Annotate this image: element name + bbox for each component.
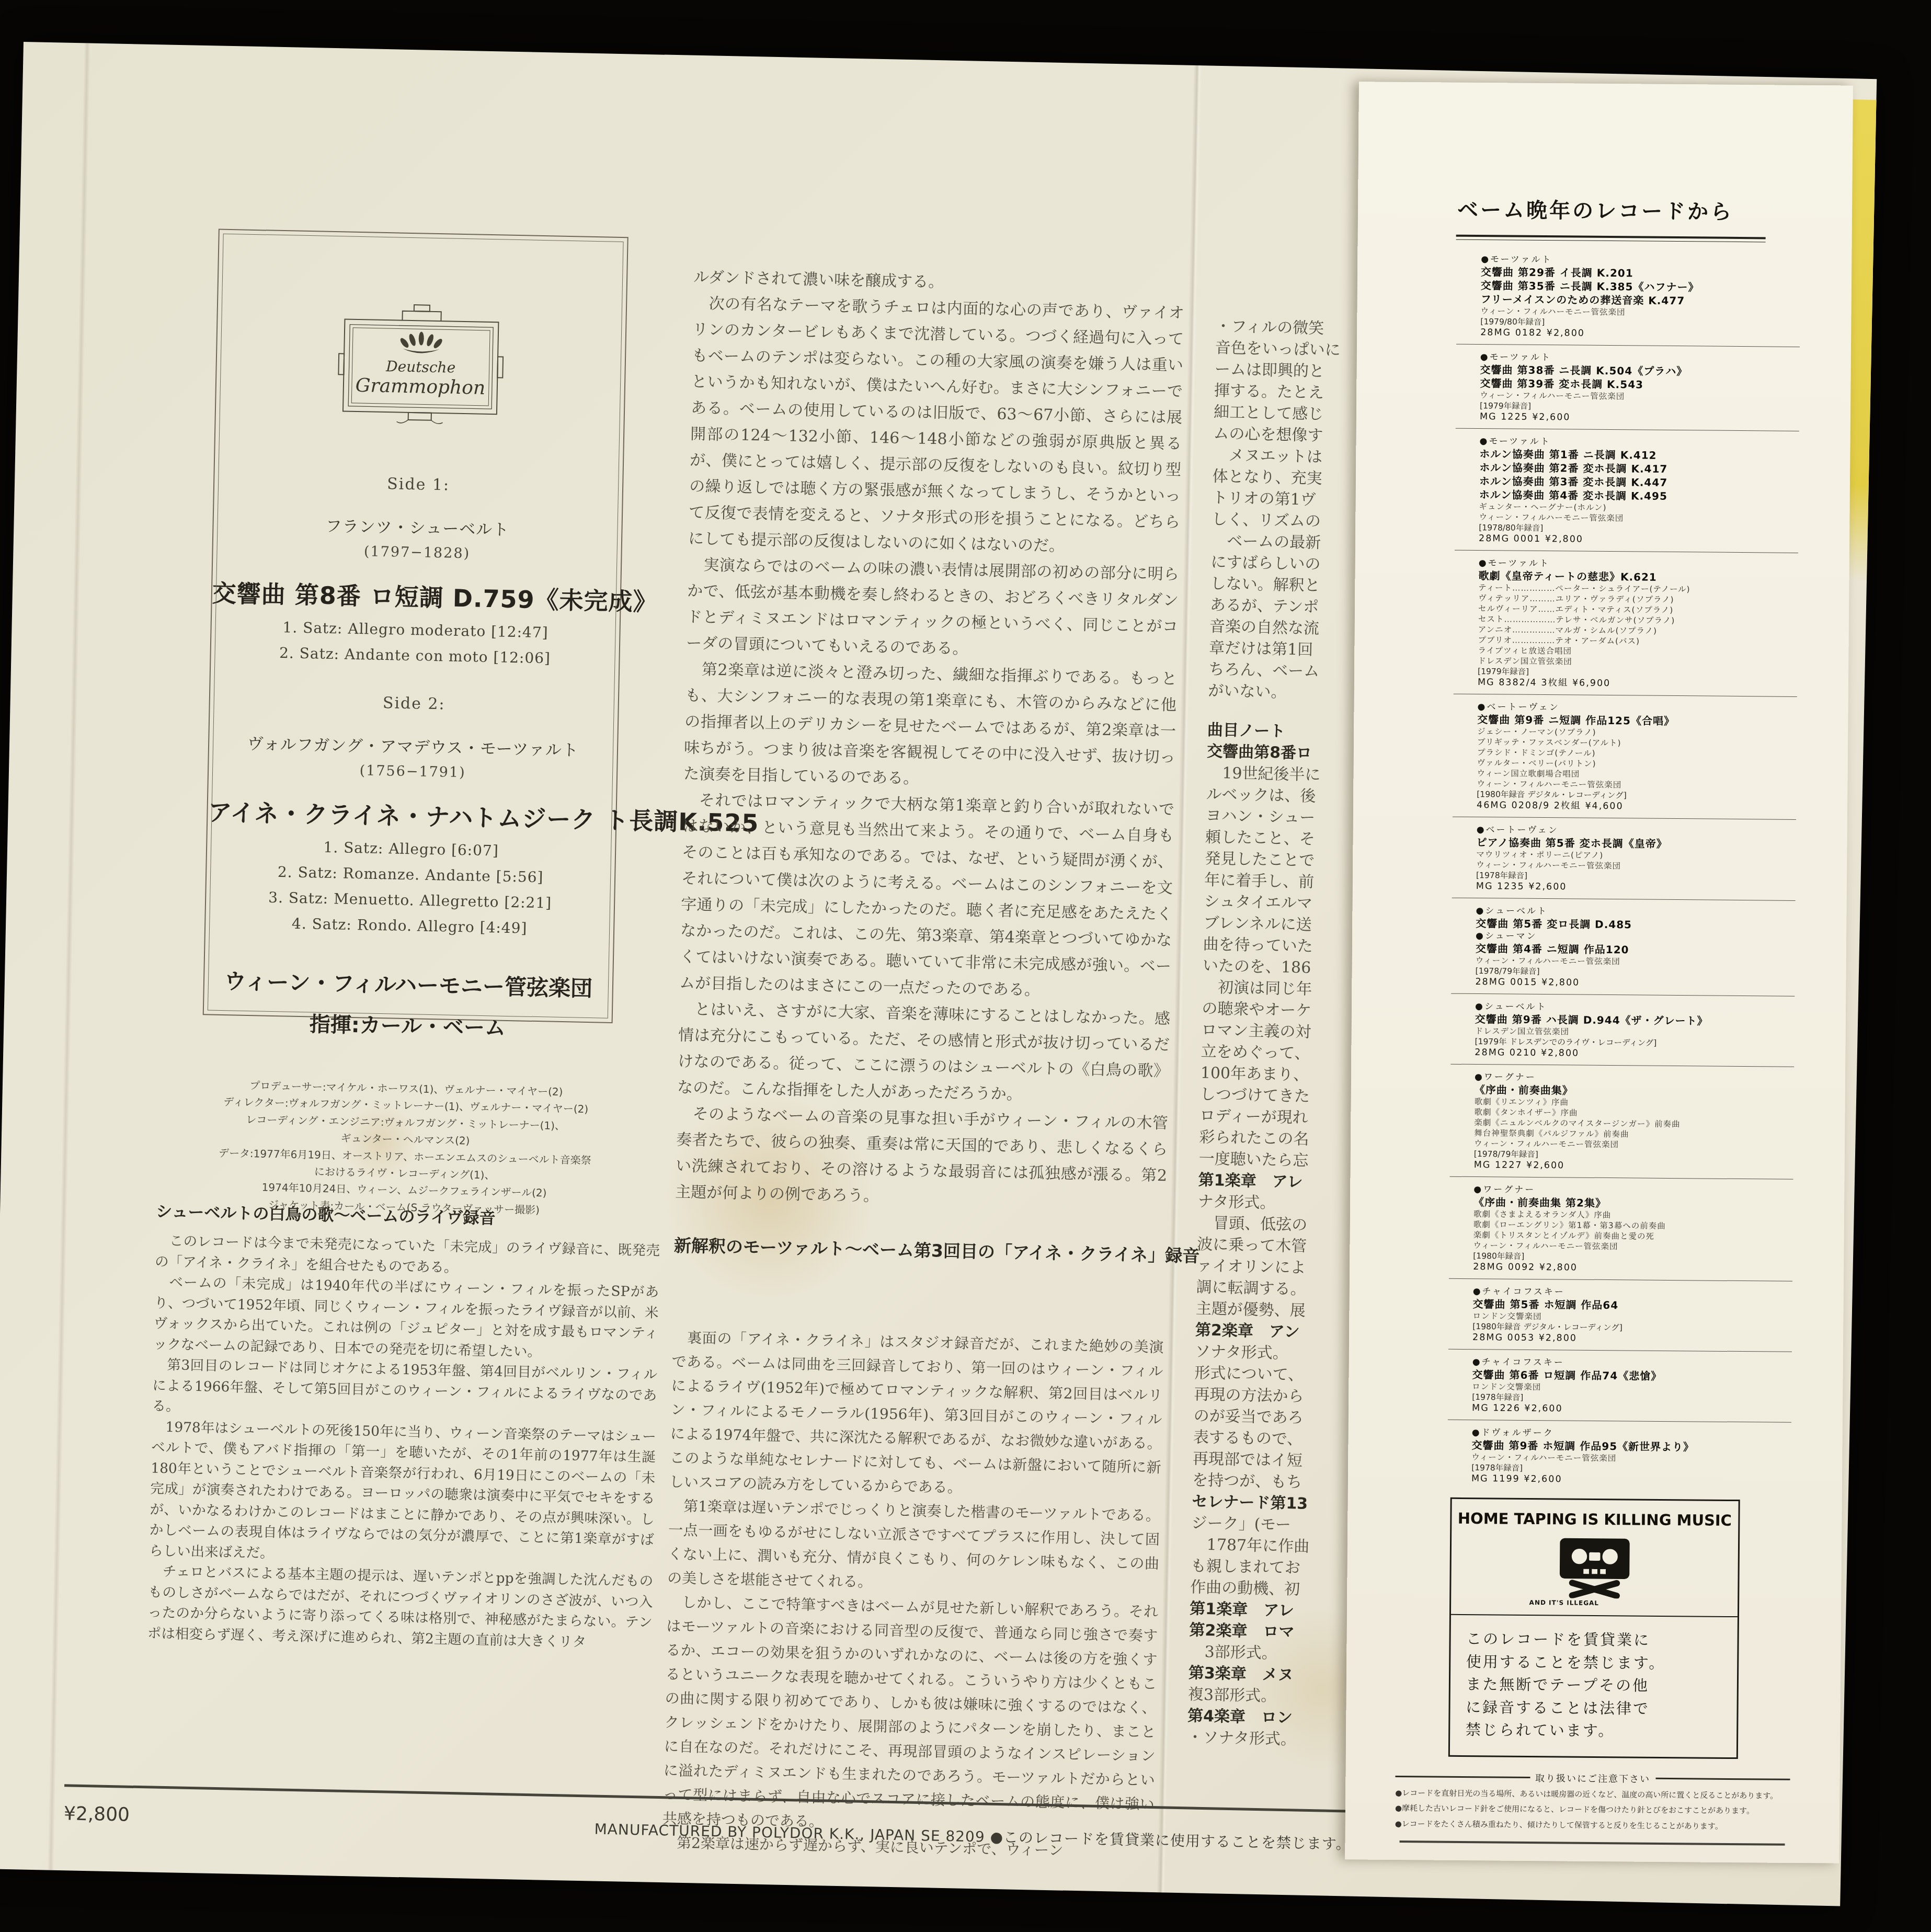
text-line: 調に転調する。 <box>1196 1276 1322 1300</box>
obi-line <box>1453 817 1796 820</box>
text-line: ソナタ形式。 <box>1195 1341 1321 1365</box>
side2-label: Side 2: <box>210 690 618 717</box>
obi-discography-list: ●モーツァルト交響曲 第29番 イ長調 K.201交響曲 第35番 ニ長調 K.… <box>1471 254 1790 1488</box>
text-line: のが妥当であろ <box>1193 1405 1319 1429</box>
text-line: 章だけは第1回 <box>1209 637 1335 661</box>
obi-line: 28MG 0210 ¥2,800 <box>1475 1047 1784 1061</box>
movement-line: 2. Satz: Romanze. Andante [5:56] <box>207 862 615 887</box>
paragraph: 第2楽章は逆に淡々と澄み切った、繊細な指揮ぶりである。もっとも、大シンフォニー的… <box>683 657 1178 797</box>
text-line: しない。解釈と <box>1210 573 1336 597</box>
text-line: を持つが、もち <box>1192 1469 1318 1493</box>
text-line: あるが、テンポ <box>1209 595 1335 619</box>
text-line: 交響曲第8番ロ <box>1207 741 1333 765</box>
text-line: 曲を待っていた <box>1203 934 1329 958</box>
obi-line <box>1450 1064 1794 1068</box>
text-line: メヌエットは <box>1213 444 1339 468</box>
text-line: いたのを、186 <box>1203 955 1329 979</box>
text-line: ロマン主義の対 <box>1201 1020 1327 1044</box>
text-line: 一度聴いたら忘 <box>1198 1148 1324 1172</box>
text-line: 複3部形式。 <box>1188 1684 1314 1708</box>
liner-notes-column-left: このレコードは今まで未発売になっていた「未完成」のライヴ録音に、既発売の「アイネ… <box>147 1231 660 1654</box>
text-line: 揮する。たとえ <box>1214 380 1340 404</box>
text-line: 再現部ではイ短 <box>1193 1448 1319 1472</box>
side2-years: (1756−1791) <box>209 759 616 784</box>
text-line: 音楽の自然な流 <box>1209 616 1335 640</box>
obi-line: 28MG 0001 ¥2,800 <box>1479 533 1788 547</box>
obi-header-rule-thin <box>1456 239 1766 243</box>
text-line: ヨハン・シュー <box>1205 805 1331 829</box>
text-line: ブレンネルに送 <box>1203 912 1329 936</box>
paragraph: チェロとバスによる基本主題の提示は、遅いテンポとppを強調した沈んだものものしさ… <box>147 1561 654 1653</box>
side1-work-title: 交響曲 第8番 ロ短調 D.759《未完成》 <box>212 574 620 617</box>
text-line: ・フィルの微笑 <box>1215 316 1341 340</box>
text-line: ・ソナタ形式。 <box>1187 1727 1313 1751</box>
text-line: 再現の方法から <box>1194 1384 1320 1408</box>
text-line: ナタ形式。 <box>1198 1191 1324 1215</box>
care-bullets: ●レコードを直射日光の当る場所、あるいは暖房器の近くなど、温度の高い所に置くと反… <box>1395 1787 1790 1833</box>
side1-label: Side 1: <box>214 472 623 498</box>
text-line: 細工として感じ <box>1214 402 1340 426</box>
side2-movements: 1. Satz: Allegro [6:07]2. Satz: Romanze.… <box>205 836 615 939</box>
obi-header: ベーム晩年のレコードから <box>1457 193 1852 226</box>
paragraph: ベームの「未完成」は1940年代の半ばにウィーン・フィルを振ったSPがあり、つづ… <box>153 1272 659 1365</box>
paragraph: 裏面の「アイネ・クライネ」はスタジオ録音だが、これまた絶妙の美演である。ベームは… <box>669 1325 1164 1504</box>
box-divider <box>1450 1614 1737 1617</box>
obi-line: 28MG 0182 ¥2,800 <box>1480 327 1789 341</box>
dg-tulip-crown-icon <box>398 331 444 354</box>
orchestra-name: ウィーン・フィルハーモニー管弦楽団 <box>204 964 612 1003</box>
text-line: 頼したこと、そ <box>1205 827 1331 851</box>
text-line: ベームの最新 <box>1211 530 1337 554</box>
text-line: の聴衆やオーケ <box>1202 998 1328 1022</box>
obi-line <box>1451 993 1795 997</box>
liner-notes-column-middle-top: ルダンドされて濃い味を醸成する。 次の有名なテーマを歌うチェロは内面的な心の声で… <box>675 265 1185 1227</box>
text-line: しつづけてきた <box>1200 1084 1326 1108</box>
care-title: 取り扱いにご注意下さい <box>1395 1769 1790 1786</box>
warning-line: 使用することを禁じます。 <box>1466 1650 1723 1675</box>
obi-line: MG 8382/4 3枚組 ¥6,900 <box>1478 677 1787 691</box>
text-line: ロディーが現れ <box>1199 1105 1326 1129</box>
text-line: 波に乗って木管 <box>1197 1234 1323 1258</box>
obi-line: MG 1225 ¥2,600 <box>1480 411 1789 426</box>
warning-line: また無断でテープその他 <box>1466 1673 1723 1698</box>
paragraph: そのようなベームの音楽の見事な担い手がウィーン・フィルの木管奏者たちで、彼らの独… <box>675 1101 1169 1215</box>
obi-line <box>1456 344 1800 348</box>
liner-notes-heading-2: 新解釈のモーツァルト〜ベーム第3回目の「アイネ・クライネ」録音 <box>673 1230 1205 1271</box>
obi-line <box>1454 694 1797 698</box>
text-line: 曲目ノート <box>1207 719 1333 744</box>
text-line: ームは即興的と <box>1214 359 1340 383</box>
side1-years: (1797−1828) <box>213 540 621 565</box>
obi-strip: ベーム晩年のレコードから ●モーツァルト交響曲 第29番 イ長調 K.201交響… <box>1345 82 1853 1863</box>
text-line: 年に着手し、前 <box>1204 870 1330 894</box>
text-line: 初演は同じ年 <box>1202 977 1328 1001</box>
care-bullet: ●摩耗した古いレコード針をご使用になると、レコードを傷つけたり針とびをおこすこと… <box>1395 1803 1790 1817</box>
text-line: にすばらしいの <box>1210 552 1336 576</box>
text-line: 主題が優勢、展 <box>1195 1298 1321 1322</box>
text-line: 体となり、充実 <box>1212 466 1338 490</box>
care-instructions: 取り扱いにご注意下さい ●レコードを直射日光の当る場所、あるいは暖房器の近くなど… <box>1395 1769 1790 1833</box>
movement-line: 2. Satz: Andante con moto [12:06] <box>211 643 619 668</box>
movement-line: 4. Satz: Rondo. Allegro [4:49] <box>205 913 614 939</box>
paragraph: 1978年はシューベルトの死後150年に当り、ウィーン音楽祭のテーマはシューベル… <box>149 1416 656 1571</box>
obi-line <box>1452 898 1796 901</box>
obi-line: MG 1199 ¥2,600 <box>1471 1473 1780 1488</box>
obi-line: 28MG 0015 ¥2,800 <box>1475 976 1784 991</box>
text-line: 3部形式。 <box>1189 1641 1315 1665</box>
side2-composer: ヴォルフガング・アマデウス・モーツァルト <box>209 729 618 761</box>
obi-header-rule <box>1456 235 1766 239</box>
conductor-name: 指揮:カール・ベーム <box>203 1005 612 1044</box>
home-taping-box: HOME TAPING IS KILLING MUSIC AND IT'S IL… <box>1448 1497 1740 1759</box>
obi-line: 46MG 0208/9 2枚組 ¥4,600 <box>1477 799 1786 814</box>
photo-stage: Deutsche Grammophon Side 1: フランツ・シューベルト … <box>0 0 1931 1932</box>
text-line: も親しまれてお <box>1191 1555 1317 1579</box>
text-line: 発見したことで <box>1205 848 1331 872</box>
liner-notes-column-middle-bottom: 裏面の「アイネ・クライネ」はスタジオ録音だが、これまた絶妙の美演である。ベームは… <box>662 1325 1164 1864</box>
paragraph: 第1楽章は遅いテンポでじっくりと演奏した楷書のモーツァルトである。一点一画をもゆ… <box>667 1494 1161 1600</box>
obi-line: MG 1235 ¥2,600 <box>1476 881 1785 895</box>
warning-line: このレコードを賃貸業に <box>1466 1628 1723 1652</box>
paragraph: 実演ならではのベームの味の濃い表情は展開部の初めの部分に明らかで、低弦が基本動機… <box>686 552 1180 667</box>
text-line: 音色をいっぱいに <box>1215 337 1341 361</box>
text-line: シュタイエルマ <box>1204 891 1330 915</box>
care-bullet: ●レコードを直射日光の当る場所、あるいは暖房器の近くなど、温度の高い所に置くと反… <box>1395 1787 1790 1802</box>
text-line: 表するもので、 <box>1193 1426 1319 1450</box>
text-line: ジーク」(モー <box>1191 1512 1317 1536</box>
text-line: 立をめぐって、 <box>1201 1041 1327 1065</box>
movement-line: 1. Satz: Allegro moderato [12:47] <box>211 617 620 643</box>
home-taping-title: HOME TAPING IS KILLING MUSIC <box>1452 1510 1738 1529</box>
obi-line: 28MG 0092 ¥2,800 <box>1473 1261 1782 1276</box>
obi-line <box>1449 1278 1792 1282</box>
side1-movements: 1. Satz: Allegro moderato [12:47]2. Satz… <box>211 617 619 668</box>
obi-line <box>1448 1349 1792 1353</box>
text-line: ちろん、ベーム <box>1208 659 1334 683</box>
paragraph: 次の有名なテーマを歌うチェロは内面的な心の声であり、ヴァイオリンのカンタービレも… <box>688 291 1185 562</box>
paragraph: 第3回目のレコードは同じオケによる1953年盤、第4回目がベルリン・フィルによる… <box>152 1354 657 1426</box>
text-line: 第1楽章 アレ <box>1190 1598 1316 1622</box>
obi-line <box>1456 428 1799 432</box>
movement-line: 3. Satz: Menuetto. Allegretto [2:21] <box>206 887 614 913</box>
brand-line1: Deutsche <box>385 358 456 376</box>
text-line: 形式について、 <box>1194 1362 1320 1386</box>
text-line: 第4楽章 ロン <box>1187 1705 1313 1729</box>
obi-line: MG 1227 ¥2,600 <box>1474 1159 1783 1174</box>
record-sleeve-back: Deutsche Grammophon Side 1: フランツ・シューベルト … <box>0 42 1877 1906</box>
liner-notes-column-right: ・フィルの微笑音色をいっぱいにームは即興的と揮する。たとえ細工として感じムの心を… <box>1187 316 1341 1751</box>
text-line: がいない。 <box>1208 680 1334 704</box>
text-line: ァイオリンによ <box>1196 1255 1322 1279</box>
warning-line: に録音することは法律で <box>1466 1696 1723 1720</box>
rental-warning-text: このレコードを賃貸業に使用することを禁じます。また無断でテープその他に録音するこ… <box>1466 1628 1724 1743</box>
text-line: 冒頭、低弦の <box>1197 1213 1323 1237</box>
care-title-text: 取り扱いにご注意下さい <box>1530 1770 1655 1785</box>
home-taping-subtitle: AND IT'S ILLEGAL <box>1529 1599 1738 1608</box>
text-line: 第2楽章 アン <box>1195 1319 1321 1343</box>
text-line: 彩られたこの名 <box>1199 1127 1325 1151</box>
text-line: ルベックは、後 <box>1206 784 1332 808</box>
text-line: セレナード第13 <box>1192 1491 1318 1515</box>
text-line: 1787年に作曲 <box>1191 1534 1317 1558</box>
text-line: トリオの第1ヴ <box>1212 487 1338 511</box>
text-line: ムの心を想像す <box>1213 423 1339 447</box>
rule-segment <box>1655 1778 1790 1780</box>
movement-line: 1. Satz: Allegro [6:07] <box>207 836 615 862</box>
care-bullet: ●レコードをたくさん積み重ねたり、傾けたりして保管すると反りを生じることがありま… <box>1395 1819 1790 1833</box>
text-line: 100年あまり、 <box>1200 1062 1326 1087</box>
tracklist-panel: Deutsche Grammophon Side 1: フランツ・シューベルト … <box>203 229 629 1023</box>
text-line: 第3楽章 メヌ <box>1188 1662 1314 1686</box>
text-line: 第2楽章 ロマ <box>1189 1619 1315 1643</box>
rule-segment <box>1396 1776 1530 1778</box>
paragraph: とはいえ、さすがに大家、音楽を薄味にすることはしなかった。感情は充分にこもってい… <box>677 997 1171 1111</box>
obi-line: 28MG 0053 ¥2,800 <box>1472 1332 1781 1346</box>
paragraph: それではロマンティックで大柄な第1楽章と釣り合いが取れないではないか、という意見… <box>679 787 1175 1007</box>
warning-line: 禁じられています。 <box>1466 1719 1723 1743</box>
text-line: 19世紀後半に <box>1206 762 1332 786</box>
sleeve-fold-line <box>48 43 90 1870</box>
price-label: ¥2,800 <box>64 1803 130 1826</box>
text-line: 作曲の動機、初 <box>1190 1576 1316 1601</box>
text-line: 第1楽章 アレ <box>1198 1170 1324 1194</box>
cassette-skull-icon <box>1550 1535 1639 1598</box>
side1-composer: フランツ・シューベルト <box>213 510 622 542</box>
deutsche-grammophon-logo-icon: Deutsche Grammophon <box>333 287 509 447</box>
obi-bottom-rule <box>1399 1840 1785 1846</box>
production-credits: プロデューサー:マイケル・ホーワス(1)、ヴェルナー・マイヤー(2)ディレクター… <box>200 1076 610 1220</box>
obi-line <box>1455 550 1798 554</box>
obi-line: MG 1226 ¥2,600 <box>1472 1402 1781 1417</box>
side2-work-title: アイネ・クライネ・ナハトムジーク ト長調K.525 <box>208 793 616 836</box>
text-line <box>1207 702 1333 722</box>
text-line: しく、リズムの <box>1212 509 1338 533</box>
obi-line <box>1450 1176 1793 1180</box>
obi-line <box>1448 1420 1791 1423</box>
brand-line2: Grammophon <box>355 375 485 399</box>
